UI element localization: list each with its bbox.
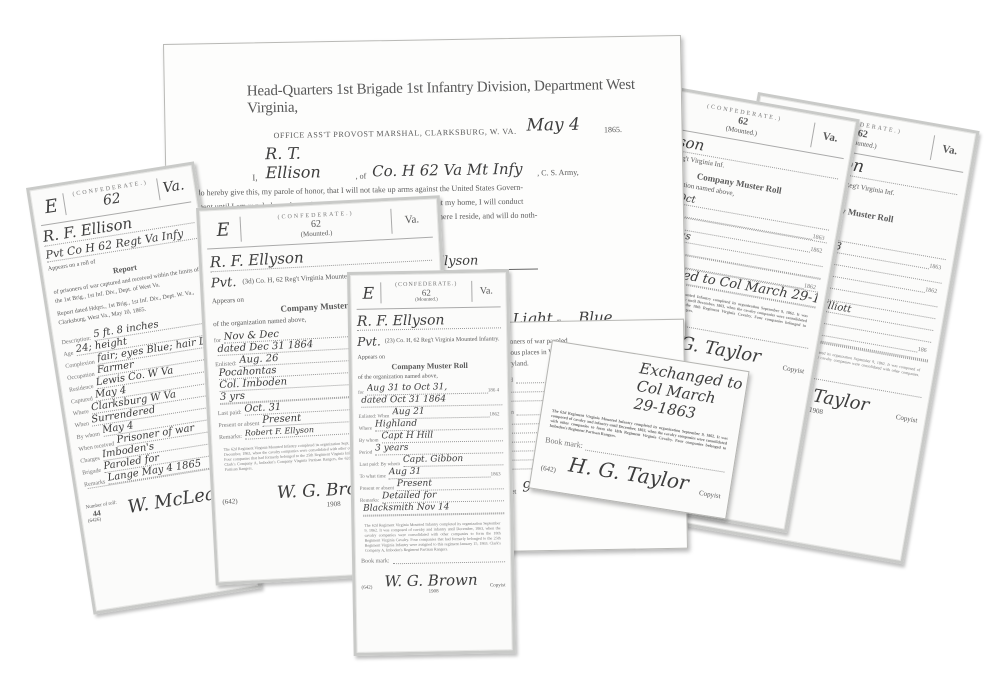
office-line: OFFICE ASS'T PROVOST MARSHAL, CLARKSBURG… <box>274 127 517 140</box>
parole-heading: Head-Quarters 1st Brigade 1st Infantry D… <box>247 76 682 118</box>
form-number: (642) <box>540 464 556 474</box>
form-number: (642) <box>361 586 372 591</box>
copyist-label: Copyist <box>490 583 506 588</box>
soldier-rank: Pvt. <box>357 334 381 348</box>
parolee-name: R. T. Ellison <box>265 143 356 183</box>
company-letter: E <box>37 194 66 219</box>
roll-title: Company Muster Roll <box>352 360 508 372</box>
form-number: (642) <box>222 497 238 506</box>
taylor-card-fragment: Exchanged to Col March 29-1863 The 62d R… <box>529 340 750 519</box>
state-label: Va. <box>932 141 968 159</box>
card-header: E (CONFEDERATE.) 62 (Mounted.) Va. <box>205 201 433 250</box>
soldier-rank: Pvt. <box>211 275 237 291</box>
parole-date: May 4 <box>526 115 580 136</box>
book-mark-label: Book mark: <box>545 435 584 450</box>
company-letter: E <box>356 283 380 302</box>
pledge-label: I, <box>252 172 257 182</box>
field-list: forAug 31 to Oct 31,186 4 dated Oct 31 1… <box>352 381 510 517</box>
appears-on-label: Appears on <box>357 352 501 361</box>
parole-year: 1865. <box>604 125 622 134</box>
copyist-label: Copyist <box>698 489 721 500</box>
copyist-signature: W. G. Brown <box>372 571 490 591</box>
army-label: , C. S. Army, <box>537 168 579 178</box>
muster-card-2: E (CONFEDERATE.) 62 (Mounted.) Va. R. F.… <box>347 269 516 656</box>
card-header: E (CONFEDERATE.) 62 (Mounted.) Va. <box>356 274 501 310</box>
org-label: of the organization named above, <box>358 372 502 381</box>
unit-label: (23) Co. H, 62 Reg't Virginia Mounted In… <box>385 335 500 345</box>
state-label: Va. <box>812 129 848 147</box>
of-label: , of <box>356 171 367 180</box>
company-letter: E <box>206 218 241 241</box>
state-label: Va. <box>472 285 500 296</box>
mounted-label: (Mounted.) <box>381 296 471 303</box>
book-mark-label: Book mark: <box>361 558 390 564</box>
footnote: The 62d Regiment Virginia Mounted Infant… <box>364 520 501 552</box>
state-label: Va. <box>392 213 433 227</box>
remark-value: Exchanged to Col March 29-1863 <box>633 359 748 429</box>
state-label: Va. <box>158 177 190 197</box>
parolee-unit: Co. H 62 Va Mt Infy <box>372 159 537 180</box>
soldier-name: R. F. Ellyson <box>357 311 501 331</box>
copyist-label: Copyist <box>782 364 805 376</box>
